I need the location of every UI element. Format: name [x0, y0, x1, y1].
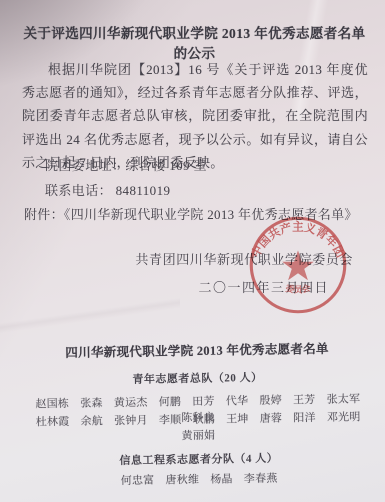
- roster-title: 四川华新现代职业学院 2013 年优秀志愿者名单: [31, 338, 362, 361]
- roster-names-row: 何忠富 唐秋维 杨晶 李春燕: [27, 468, 370, 489]
- roster-names-row: 杜林霞 余航 张钟月 李顺 耿鹏 王坤 唐蓉 阳洋 邓光明 黄丽娟: [27, 408, 370, 445]
- roster-group-title: 青年志愿者总队（20 人）: [32, 367, 363, 388]
- roster-page: 四川华新现代职业学院 2013 年优秀志愿者名单 青年志愿者总队（20 人） 赵…: [0, 0, 385, 502]
- document-photo: 关于评选四川华新现代职业学院 2013 年优秀志愿者名单的公示 根据川华院团【2…: [0, 0, 385, 502]
- roster-group-title: 信息工程系志愿者分队（4 人）: [33, 448, 364, 469]
